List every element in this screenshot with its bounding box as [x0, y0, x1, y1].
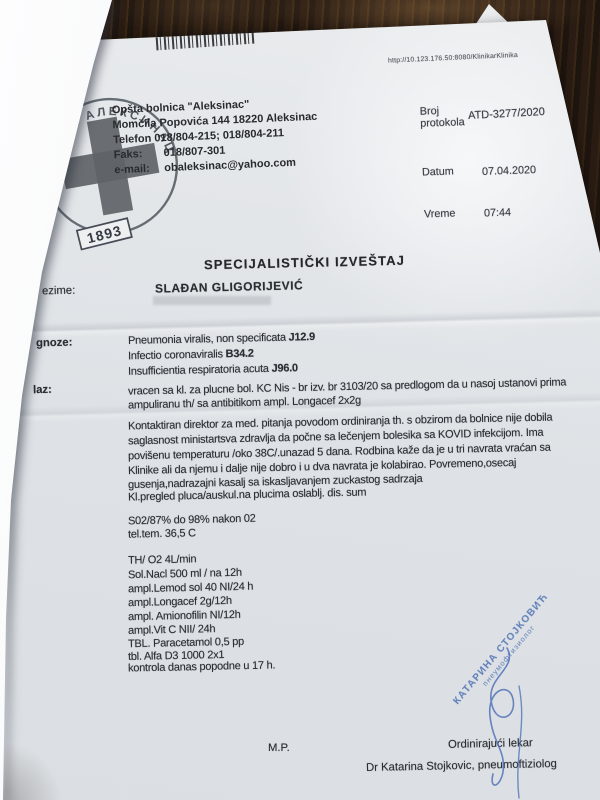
page-curl-surface — [0, 0, 600, 800]
page-curl — [0, 0, 600, 800]
photographed-document: http://10.123.176.50:8080/KlinikarKlinik… — [0, 0, 600, 800]
